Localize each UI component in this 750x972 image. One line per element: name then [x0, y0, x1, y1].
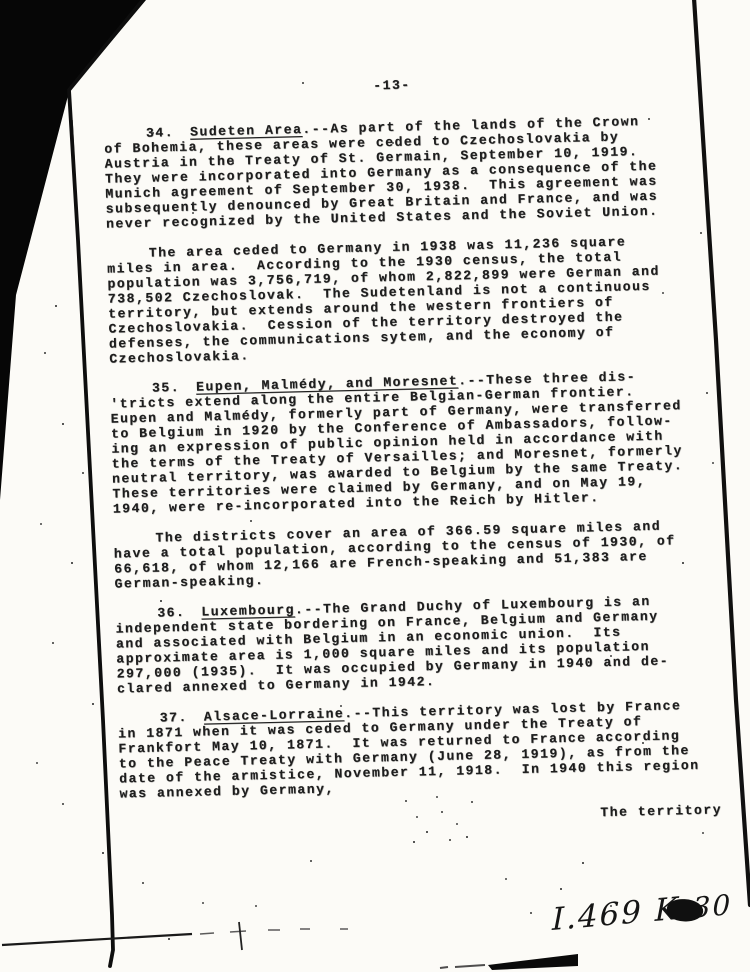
scan-noise-speckles	[0, 0, 2, 2]
paragraph-luxembourg: 36.Luxembourg.--The Grand Duchy of Luxem…	[115, 592, 723, 696]
paragraph-number: 37.	[160, 710, 188, 726]
paragraph-alsace: 37.Alsace-Lorraine.--This territory was …	[118, 697, 726, 801]
paragraph-body: of Bohemia, these areas were ceded to Cz…	[104, 127, 712, 231]
handwritten-note: I.469 K30	[552, 884, 750, 938]
typewritten-text-layer: -13- 34.Sudeten Area.--As part of the la…	[103, 70, 726, 831]
handwritten-note-prefix: I.469 K	[552, 891, 680, 938]
page-number: -13-	[103, 70, 709, 99]
scanned-document-page: -13- 34.Sudeten Area.--As part of the la…	[0, 0, 750, 972]
paragraph-number: 34.	[146, 125, 174, 141]
crease-tick-mark	[239, 922, 242, 950]
scan-black-strip-bottom	[488, 954, 578, 970]
crease-line-bottom-left	[2, 934, 192, 945]
paragraph-body: in 1871 when it was ceded to Germany und…	[118, 712, 726, 801]
paragraph-sudeten: 34.Sudeten Area.--As part of the lands o…	[104, 112, 712, 231]
paragraph-eupen: 35.Eupen, Malmédy, and Moresnet.--These …	[110, 367, 719, 516]
crease-line-dashes	[200, 929, 348, 934]
paragraph-body: 'tricts extend along the entire Belgian-…	[110, 382, 719, 516]
paragraph-number: 35.	[152, 380, 180, 396]
paragraph-sudeten-stats: The area ceded to Germany in 1938 was 11…	[107, 232, 716, 366]
paragraph-eupen-stats: The districts cover an area of 366.59 sq…	[113, 517, 720, 591]
page-fold-line-left-rough	[72, 120, 101, 680]
paragraph-body: independent state bordering on France, B…	[115, 607, 723, 696]
scan-black-strip-tail	[440, 965, 485, 968]
catchword-bottom-right: The territory	[120, 802, 726, 831]
paragraph-number: 36.	[157, 605, 185, 621]
